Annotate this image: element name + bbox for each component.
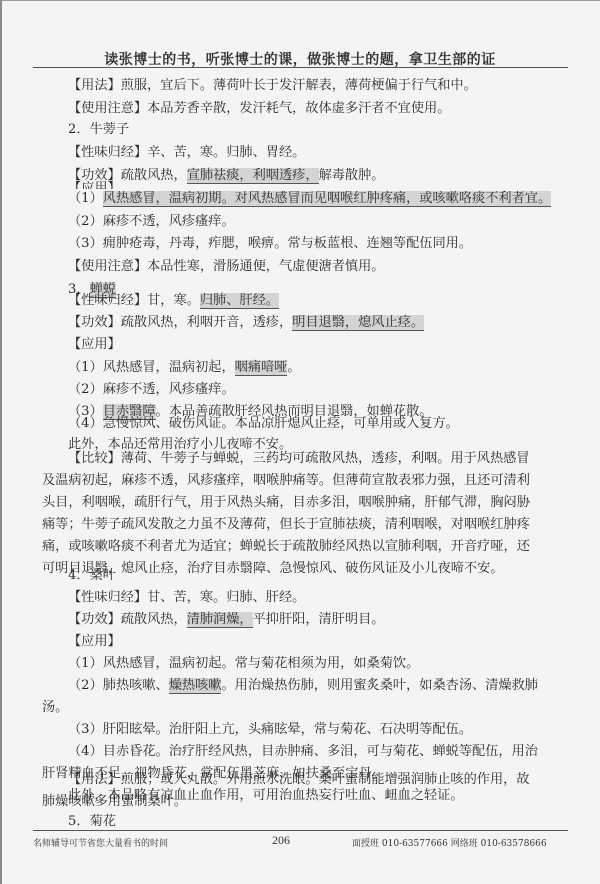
text-segment: 痛，或咳嗽咯痰不利者尤为适宜；蝉蜕长于疏散肺经风热以宣肺利咽，开音疗哑，还 <box>42 539 530 554</box>
text-line: 【功效】疏散风热，利咽开音，透疹，明目退翳，熄风止痉。 <box>68 315 424 331</box>
text-segment: 【功效】疏散风热， <box>68 612 187 627</box>
text-segment: 【性味归经】辛、苦，寒。归肺、胃经。 <box>68 145 305 160</box>
footer-left-text: 名师辅导可节省您大量看书的时间 <box>33 836 168 849</box>
text-segment: 痛等；牛蒡子疏风发散之力虽不及薄荷，但长于宣肺祛痰，清利咽喉，对咽喉红肿疼 <box>42 517 530 532</box>
text-line: 肺燥咳嗽多用蜜制桑叶。 <box>42 794 187 810</box>
highlighted-text: 明目退翳，熄风止痉。 <box>292 315 424 331</box>
text-segment: 2．牛蒡子 <box>68 122 129 137</box>
text-segment: 【性味归经】甘，寒。 <box>68 293 200 308</box>
text-segment: 【应用】 <box>68 337 121 352</box>
text-line: 【比较】薄荷、牛蒡子与蝉蜕，三药均可疏散风热，透疹，利咽。用于风热感冒 <box>68 451 530 467</box>
page-edge <box>0 0 2 884</box>
highlighted-text: 燥热咳嗽 <box>169 678 222 694</box>
text-line: （2）肺热咳嗽、燥热咳嗽。用治燥热伤肺，则用蜜炙桑叶，如桑杏汤、清燥救肺 <box>68 678 538 694</box>
page-number: 206 <box>272 833 290 848</box>
text-line: （3）肝阳眩晕。治肝阳上亢，头痛眩晕，常与菊花、石决明等配伍。 <box>68 722 472 738</box>
highlighted-text: 清肺润燥， <box>187 612 253 628</box>
text-line: 【性味归经】辛、苦，寒。归肺、胃经。 <box>68 145 305 161</box>
text-line: 5．菊花 <box>68 814 116 830</box>
text-segment: 【功效】疏散风热，利咽开音，透疹， <box>68 315 292 330</box>
text-line: 【应用】 <box>68 634 121 650</box>
highlighted-text: 咽痛喑哑 <box>235 360 288 376</box>
text-segment: 。用治燥热伤肺，则用蜜炙桑叶，如桑杏汤、清燥救肺 <box>221 678 538 693</box>
text-line: 4．桑叶 <box>68 568 116 584</box>
text-segment: 【用法】煎服，宜后下。薄荷叶长于发汗解表，薄荷梗偏于行气和中。 <box>68 78 477 93</box>
text-line: 汤。 <box>42 700 68 716</box>
text-line: 【使用注意】本品性寒，滑肠通便，气虚便溏者慎用。 <box>68 259 385 275</box>
text-segment: （1）风热感冒，温病初起。常与菊花相须为用，如桑菊饮。 <box>68 656 419 671</box>
text-line: （4）急慢惊风、破伤风证。本品凉肝熄风止痉，可单用或入复方。 <box>68 416 459 432</box>
highlighted-text: 宣肺祛痰，利咽透疹， <box>187 168 319 184</box>
text-line: 2．牛蒡子 <box>68 122 129 138</box>
header-divider <box>33 67 568 68</box>
text-line: 【用法】煎服，宜后下。薄荷叶长于发汗解表，薄荷梗偏于行气和中。 <box>68 78 477 94</box>
page-edge <box>0 0 600 1</box>
text-line: （1）风热感冒，温病初起。常与菊花相须为用，如桑菊饮。 <box>68 656 419 672</box>
text-segment: 【使用注意】本品性寒，滑肠通便，气虚便溏者慎用。 <box>68 259 385 274</box>
text-segment: （1）风热感冒，温病初起， <box>68 360 235 375</box>
text-segment: 【性味归经】甘、苦，寒。归肺、肝经。 <box>68 590 305 605</box>
text-segment: 【应用】 <box>68 181 121 189</box>
text-segment: 。 <box>287 360 300 375</box>
text-segment: （2）肺热咳嗽、 <box>68 678 169 693</box>
text-line: 【用法】煎服；或入丸散。外用煎水洗眼。桑叶蜜制能增强润肺止咳的作用，故 <box>68 772 530 788</box>
text-segment: （2）麻疹不透，风疹瘙痒。 <box>68 214 235 229</box>
text-line: （2）麻疹不透，风疹瘙痒。 <box>68 382 235 398</box>
highlighted-text: 风热感冒，温病初期。对风热感冒而见咽喉红肿疼痛，或咳嗽咯痰不利者宜。 <box>103 191 551 207</box>
text-line: 【性味归经】甘、苦，寒。归肺、肝经。 <box>68 590 305 606</box>
text-line: 痛等；牛蒡子疏风发散之力虽不及薄荷，但长于宣肺祛痰，清利咽喉，对咽喉红肿疼 <box>42 517 530 533</box>
section-label-partial: 【应用】 <box>68 181 121 189</box>
text-line: 【功效】疏散风热，清肺润燥，平抑肝阳，清肝明目。 <box>68 612 385 628</box>
text-segment: 平抑肝阳，清肝明目。 <box>253 612 385 627</box>
text-segment: （4）急慢惊风、破伤风证。本品凉肝熄风止痉，可单用或入复方。 <box>68 416 459 431</box>
text-line: 痛，或咳嗽咯痰不利者尤为适宜；蝉蜕长于疏散肺经风热以宣肺利咽，开音疗哑，还 <box>42 539 530 555</box>
text-segment: 5．菊花 <box>68 814 116 829</box>
text-line: 头目，利咽喉，疏肝行气，用于风热头痛，目赤多泪，咽喉肿痛，肝郁气滞，胸闷胁 <box>42 495 530 511</box>
text-segment: （4）目赤昏花。治疗肝经风热，目赤肿痛、多泪，可与菊花、蝉蜕等配伍，用治 <box>68 744 538 759</box>
highlighted-text: 归肺、肝经。 <box>200 293 279 309</box>
text-segment: （3）肝阳眩晕。治肝阳上亢，头痛眩晕，常与菊花、石决明等配伍。 <box>68 722 472 737</box>
text-line: （4）目赤昏花。治疗肝经风热，目赤肿痛、多泪，可与菊花、蝉蜕等配伍，用治 <box>68 744 538 760</box>
text-segment: 此外，本品还常用治疗小儿夜啼不安。 <box>68 437 292 452</box>
text-line: （1）风热感冒，温病初期。对风热感冒而见咽喉红肿疼痛，或咳嗽咯痰不利者宜。 <box>68 191 551 207</box>
footer-contact: 面授班 010-63577666 网络班 010-63578666 <box>352 836 547 849</box>
text-line: （2）麻疹不透，风疹瘙痒。 <box>68 214 235 230</box>
text-segment: 【应用】 <box>68 634 121 649</box>
text-segment: 汤。 <box>42 700 68 715</box>
text-line: （3）痈肿疮毒，丹毒，痄腮，喉痹。常与板蓝根、连翘等配伍同用。 <box>68 236 472 252</box>
text-line: （1）风热感冒，温病初起，咽痛喑哑。 <box>68 360 301 376</box>
text-segment: （2）麻疹不透，风疹瘙痒。 <box>68 382 235 397</box>
text-line: 【应用】 <box>68 337 121 353</box>
text-segment: 【用法】煎服；或入丸散。外用煎水洗眼。桑叶蜜制能增强润肺止咳的作用，故 <box>68 772 530 787</box>
text-line: 【使用注意】本品芳香辛散，发汗耗气，故体虚多汗者不宜使用。 <box>68 101 450 117</box>
running-head: 读张博士的书，听张博士的课，做张博士的题，拿卫生部的证 <box>0 49 600 69</box>
footer-divider <box>33 830 568 831</box>
text-segment: （1） <box>68 191 103 206</box>
text-segment: 【使用注意】本品芳香辛散，发汗耗气，故体虚多汗者不宜使用。 <box>68 101 450 116</box>
text-line: 【性味归经】甘，寒。归肺、肝经。 <box>68 293 279 309</box>
text-segment: 4．桑叶 <box>68 568 116 583</box>
text-segment: 头目，利咽喉，疏肝行气，用于风热头痛，目赤多泪，咽喉肿痛，肝郁气滞，胸闷胁 <box>42 495 530 510</box>
text-segment: （3）痈肿疮毒，丹毒，痄腮，喉痹。常与板蓝根、连翘等配伍同用。 <box>68 236 472 251</box>
text-segment: 解毒散肿。 <box>319 168 385 183</box>
text-line: 及温病初起，麻疹不透，风疹瘙痒，咽喉肿痛等。但薄荷宣散表邪力强，且还可清利 <box>42 473 530 489</box>
text-segment: 【比较】薄荷、牛蒡子与蝉蜕，三药均可疏散风热，透疹，利咽。用于风热感冒 <box>68 451 530 466</box>
text-segment: 及温病初起，麻疹不透，风疹瘙痒，咽喉肿痛等。但薄荷宣散表邪力强，且还可清利 <box>42 473 530 488</box>
text-segment: 肺燥咳嗽多用蜜制桑叶。 <box>42 794 187 809</box>
